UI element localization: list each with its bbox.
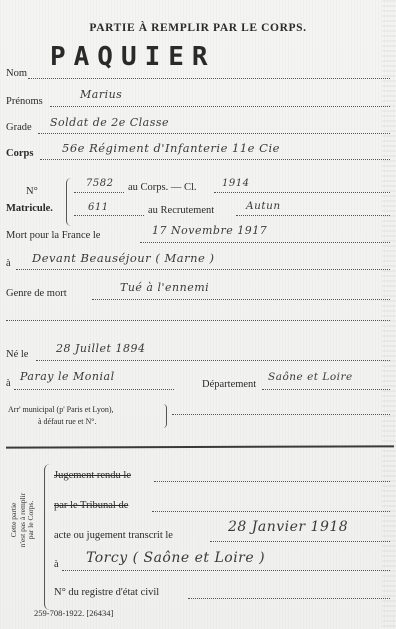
prenoms-label: Prénoms bbox=[6, 96, 43, 107]
matricule-bracket bbox=[66, 178, 71, 226]
lieu-naissance-line bbox=[14, 389, 174, 390]
blank-line bbox=[6, 320, 390, 321]
side-note: Cette partie n'est pas à remplir par le … bbox=[10, 480, 36, 560]
grade-value: Soldat de 2e Classe bbox=[50, 116, 169, 129]
arrondissement-line bbox=[172, 414, 390, 415]
recrutement-number-line bbox=[74, 215, 144, 216]
au-corps-label: au Corps. — Cl. bbox=[128, 182, 197, 193]
tribunal-label: par le Tribunal de bbox=[54, 500, 128, 511]
jugement-rendu-label: Jugement rendu le bbox=[54, 470, 131, 481]
mort-label: Mort pour la France le bbox=[6, 230, 100, 241]
ne-le-label: Né le bbox=[6, 349, 28, 360]
nom-value: PAQUIER bbox=[50, 42, 216, 72]
tribunal-line bbox=[152, 511, 390, 512]
recrutement-line bbox=[236, 215, 390, 216]
departement-label: Département bbox=[202, 379, 256, 390]
ne-le-value: 28 Juillet 1894 bbox=[56, 342, 145, 355]
genre-mort-label: Genre de mort bbox=[6, 288, 67, 299]
jugement-rendu-line bbox=[154, 481, 390, 482]
prenoms-line bbox=[50, 106, 390, 107]
grade-label: Grade bbox=[6, 122, 32, 133]
judgement-bracket bbox=[44, 464, 50, 610]
recrutement-value: Autun bbox=[246, 200, 281, 212]
corps-label: Corps bbox=[6, 148, 33, 159]
au-recrutement-label: au Recrutement bbox=[148, 205, 214, 216]
departement-value: Saône et Loire bbox=[268, 371, 353, 383]
classe-line bbox=[214, 192, 390, 193]
lieu-naissance-label: à bbox=[6, 378, 11, 389]
arrondissement-label-2: à défaut rue et N°. bbox=[38, 417, 97, 426]
mort-value: 17 Novembre 1917 bbox=[152, 224, 267, 237]
prenoms-value: Marius bbox=[80, 88, 122, 101]
numero-label: N° bbox=[26, 186, 38, 197]
nom-line bbox=[28, 78, 390, 79]
lieu-deces-label: à bbox=[6, 258, 11, 269]
nom-label: Nom bbox=[6, 68, 27, 79]
grade-line bbox=[38, 133, 390, 134]
lieu-transcription-label: à bbox=[54, 559, 59, 570]
corps-line bbox=[40, 159, 390, 160]
print-reference: 259-708-1922. [26434] bbox=[34, 608, 113, 618]
acte-transcrit-value: 28 Janvier 1918 bbox=[228, 519, 348, 535]
lieu-deces-line bbox=[16, 269, 390, 270]
arrondissement-bracket bbox=[163, 404, 167, 428]
lieu-transcription-value: Torcy ( Saône et Loire ) bbox=[86, 550, 265, 566]
scanned-edge bbox=[382, 0, 396, 629]
lieu-transcription-line bbox=[62, 570, 390, 571]
registre-line bbox=[188, 598, 390, 599]
departement-line bbox=[262, 389, 390, 390]
au-corps-number-line bbox=[74, 192, 124, 193]
genre-mort-value: Tué à l'ennemi bbox=[120, 281, 209, 294]
matricule-label: Matricule. bbox=[6, 203, 53, 214]
recrutement-number: 611 bbox=[88, 202, 109, 213]
classe-value: 1914 bbox=[222, 178, 249, 189]
lieu-deces-value: Devant Beauséjour ( Marne ) bbox=[32, 251, 214, 265]
corps-value: 56e Régiment d'Infanterie 11e Cie bbox=[62, 141, 280, 155]
lieu-naissance-value: Paray le Monial bbox=[20, 370, 115, 383]
au-corps-number: 7582 bbox=[86, 178, 113, 189]
genre-mort-line bbox=[92, 299, 390, 300]
ne-le-line bbox=[36, 360, 390, 361]
arrondissement-label-1: Arr' municipal (p' Paris et Lyon), bbox=[8, 405, 114, 414]
mort-line bbox=[140, 242, 390, 243]
acte-transcrit-line bbox=[210, 541, 390, 542]
side-note-line-3: par le Corps. bbox=[27, 480, 36, 560]
acte-transcrit-label: acte ou jugement transcrit le bbox=[54, 530, 173, 541]
registre-label: N° du registre d'état civil bbox=[54, 587, 159, 598]
form-title: PARTIE À REMPLIR PAR LE CORPS. bbox=[0, 22, 396, 34]
